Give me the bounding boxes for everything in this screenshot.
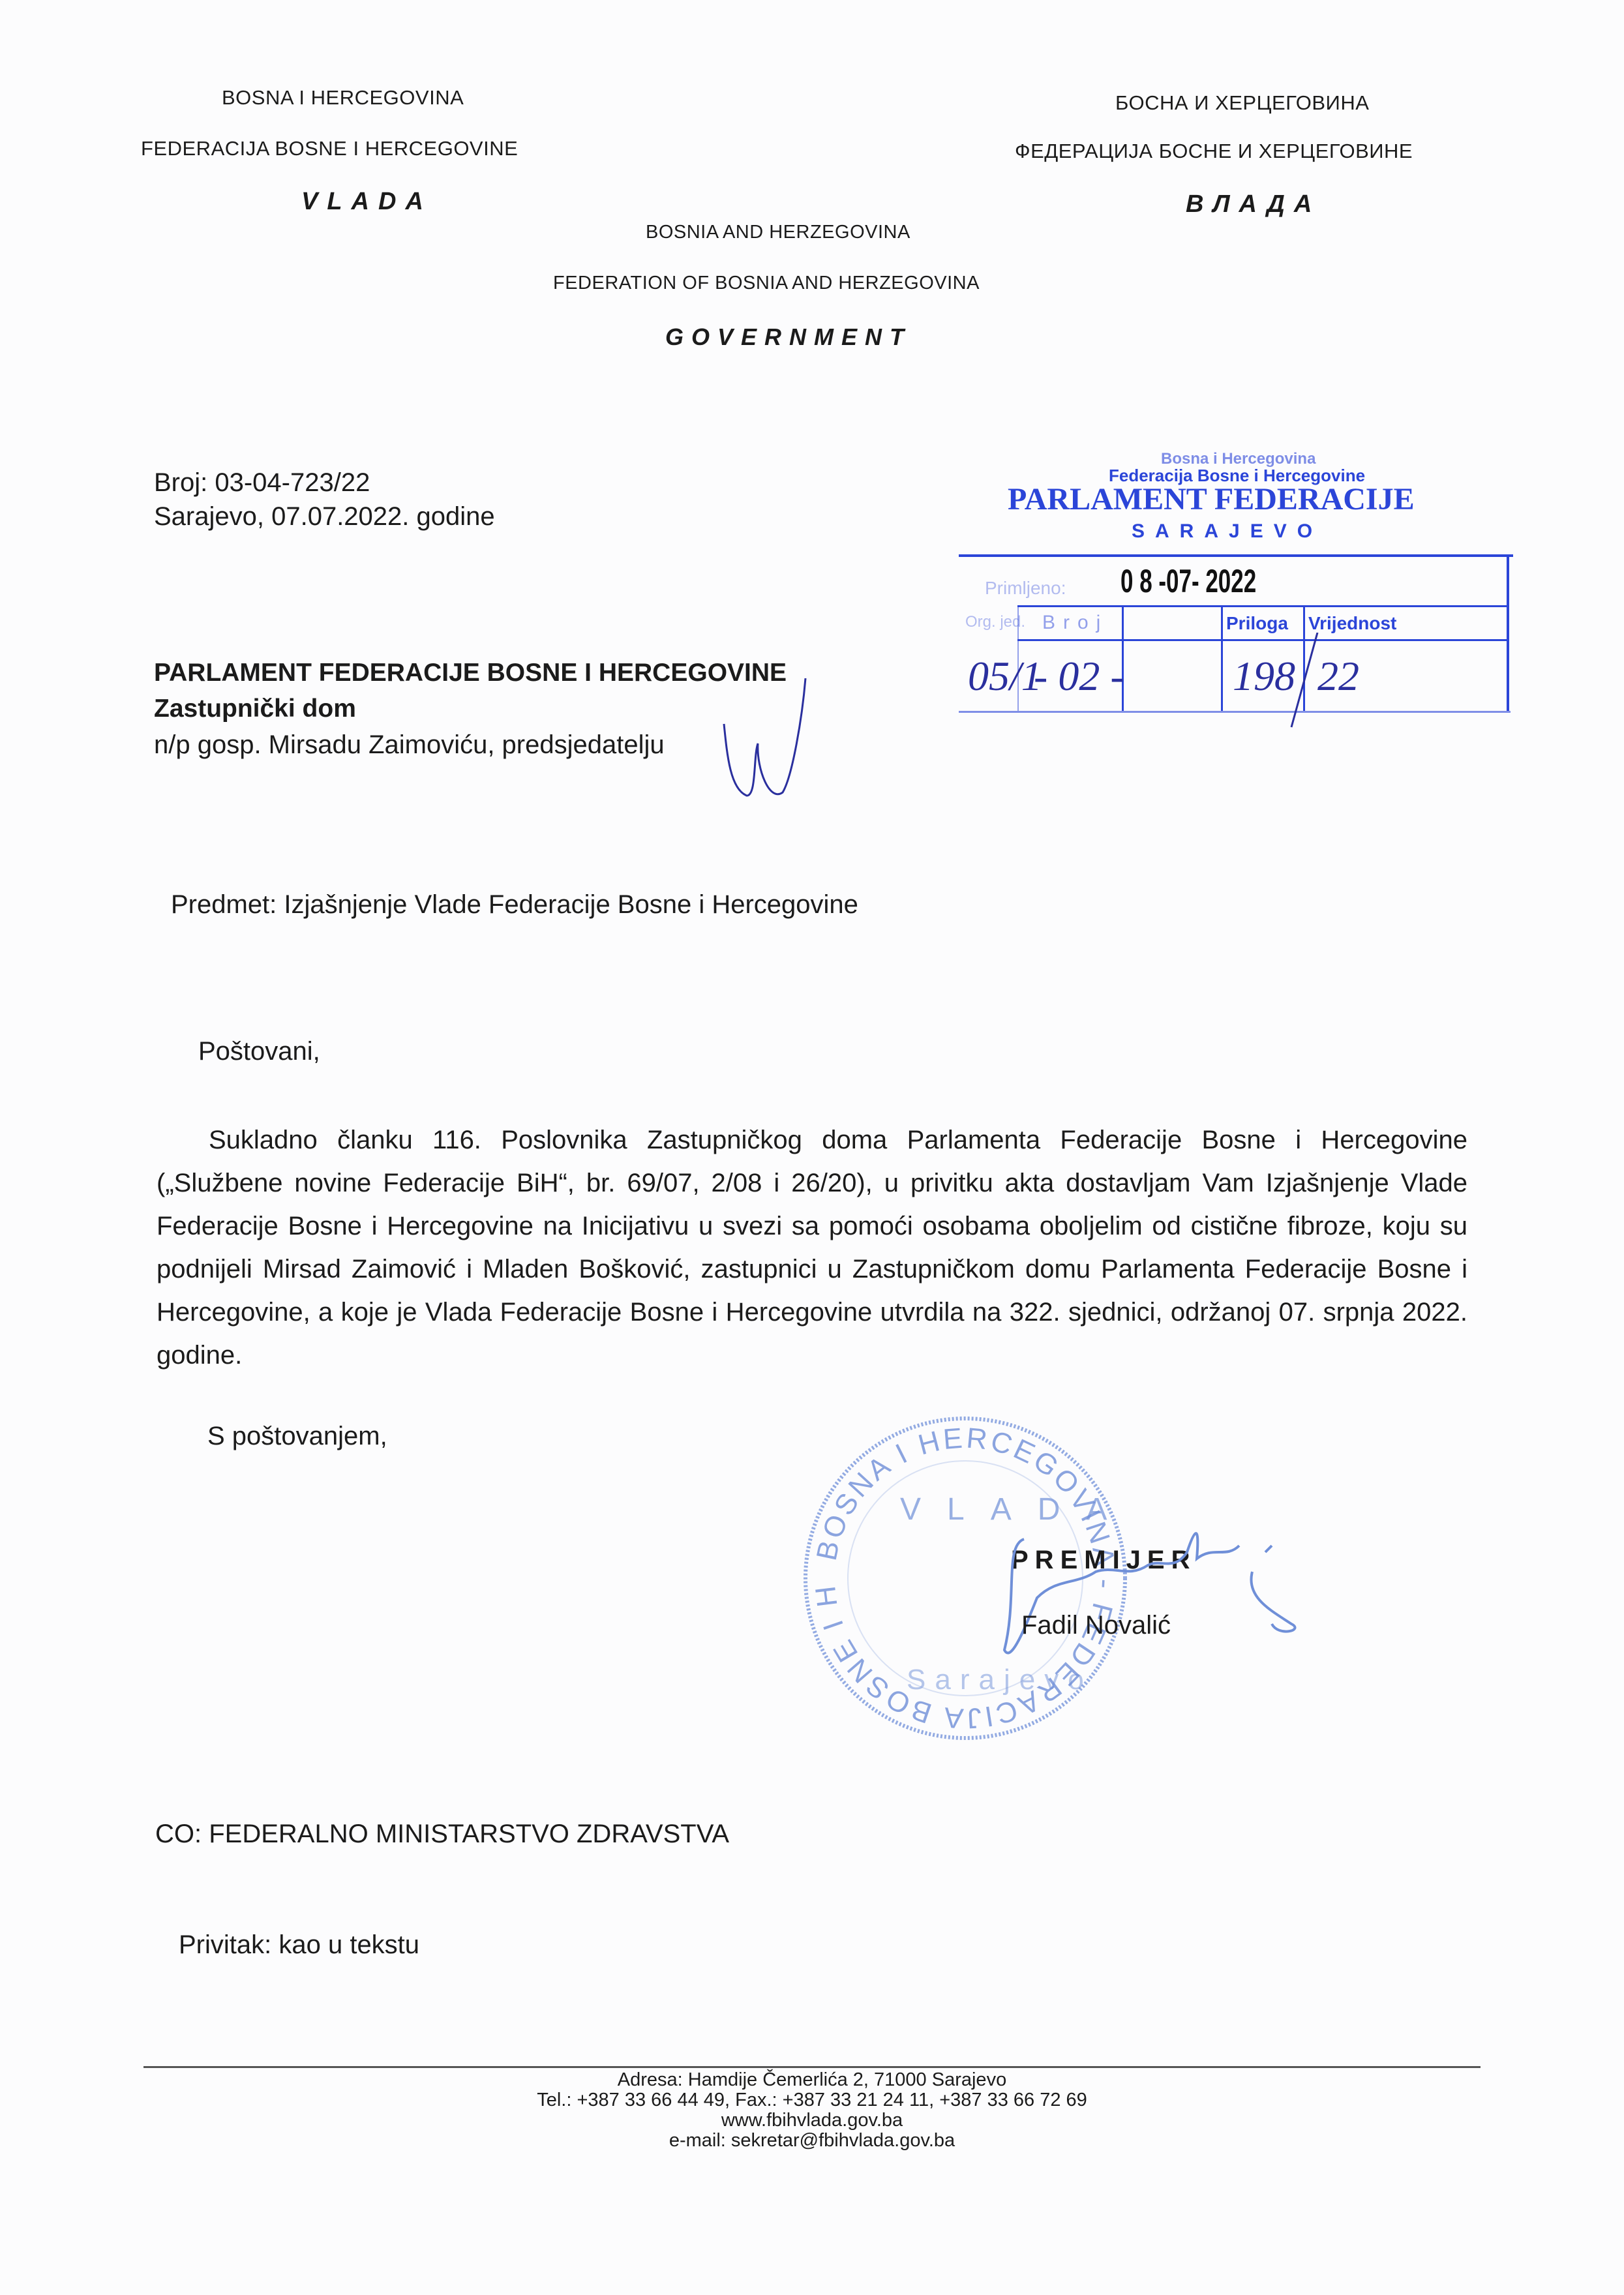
- attachment-line: Privitak: kao u tekstu: [179, 1930, 419, 1960]
- stamp-col-org: Org. jed.: [965, 613, 1025, 631]
- receipt-stamp: Bosna i Hercegovina Federacija Bosne i H…: [946, 450, 1520, 730]
- stamp-number-value: - 02 -: [1034, 652, 1124, 700]
- salutation: Poštovani,: [198, 1037, 320, 1066]
- body-paragraph: Sukladno članku 116. Poslovnika Zastupni…: [157, 1118, 1467, 1377]
- footer-phones: Tel.: +387 33 66 44 49, Fax.: +387 33 21…: [143, 2090, 1481, 2110]
- header-left-federation: FEDERACIJA BOSNE I HERCEGOVINE: [141, 137, 518, 160]
- header-right-government: ВЛАДА: [1186, 190, 1321, 218]
- header-left-country: BOSNA I HERCEGOVINA: [222, 86, 464, 110]
- footer-address: Adresa: Hamdije Čemerlića 2, 71000 Saraj…: [143, 2070, 1481, 2090]
- header-right-federation: ФЕДЕРАЦИЈА БОСНЕ И ХЕРЦЕГОВИНЕ: [1015, 140, 1413, 163]
- recipient-house: Zastupnički dom: [154, 695, 356, 723]
- stamp-col-number: Broj: [1042, 612, 1108, 634]
- header-center-federation: FEDERATION OF BOSNIA AND HERZEGOVINA: [553, 273, 980, 294]
- header-right-country: БОСНА И ХЕРЦЕГОВИНА: [1115, 91, 1369, 115]
- stamp-line-city: SARAJEVO: [1132, 520, 1323, 543]
- footer-contact: Adresa: Hamdije Čemerlića 2, 71000 Saraj…: [143, 2070, 1481, 2151]
- stamp-slash-mark: [1285, 633, 1324, 730]
- stamp-org-value: 05/1: [968, 652, 1042, 700]
- closing: S poštovanjem,: [207, 1422, 387, 1451]
- signatory-name: Fadil Novalić: [1021, 1611, 1171, 1640]
- footer-email[interactable]: e-mail: sekretar@fbihvlada.gov.ba: [143, 2131, 1481, 2151]
- header-left-government: VLADA: [301, 188, 432, 216]
- stamp-line-parliament: PARLAMENT FEDERACIJE: [1008, 481, 1415, 517]
- header-center-government: GOVERNMENT: [665, 323, 912, 351]
- stamp-received-label: Primljeno:: [985, 578, 1066, 599]
- stamp-col-attachments: Priloga: [1226, 613, 1288, 634]
- cc-line: CO: FEDERALNO MINISTARSTVO ZDRAVSTVA: [155, 1820, 729, 1849]
- handwritten-initial-mark: [717, 678, 809, 802]
- footer-divider: [143, 2066, 1481, 2068]
- stamp-col-value: Vrijednost: [1308, 613, 1396, 634]
- stamp-received-date: 0 8 -07- 2022: [1120, 562, 1256, 600]
- reference-place-date: Sarajevo, 07.07.2022. godine: [154, 502, 495, 532]
- recipient-institution: PARLAMENT FEDERACIJE BOSNE I HERCEGOVINE: [154, 659, 787, 687]
- subject-line: Predmet: Izjašnjenje Vlade Federacije Bo…: [171, 890, 858, 920]
- reference-number: Broj: 03-04-723/22: [154, 468, 370, 498]
- footer-website[interactable]: www.fbihvlada.gov.ba: [143, 2110, 1481, 2131]
- recipient-attention: n/p gosp. Mirsadu Zaimoviću, predsjedate…: [154, 730, 665, 760]
- header-center-country: BOSNIA AND HERZEGOVINA: [646, 222, 910, 243]
- handwritten-signature: [965, 1520, 1331, 1676]
